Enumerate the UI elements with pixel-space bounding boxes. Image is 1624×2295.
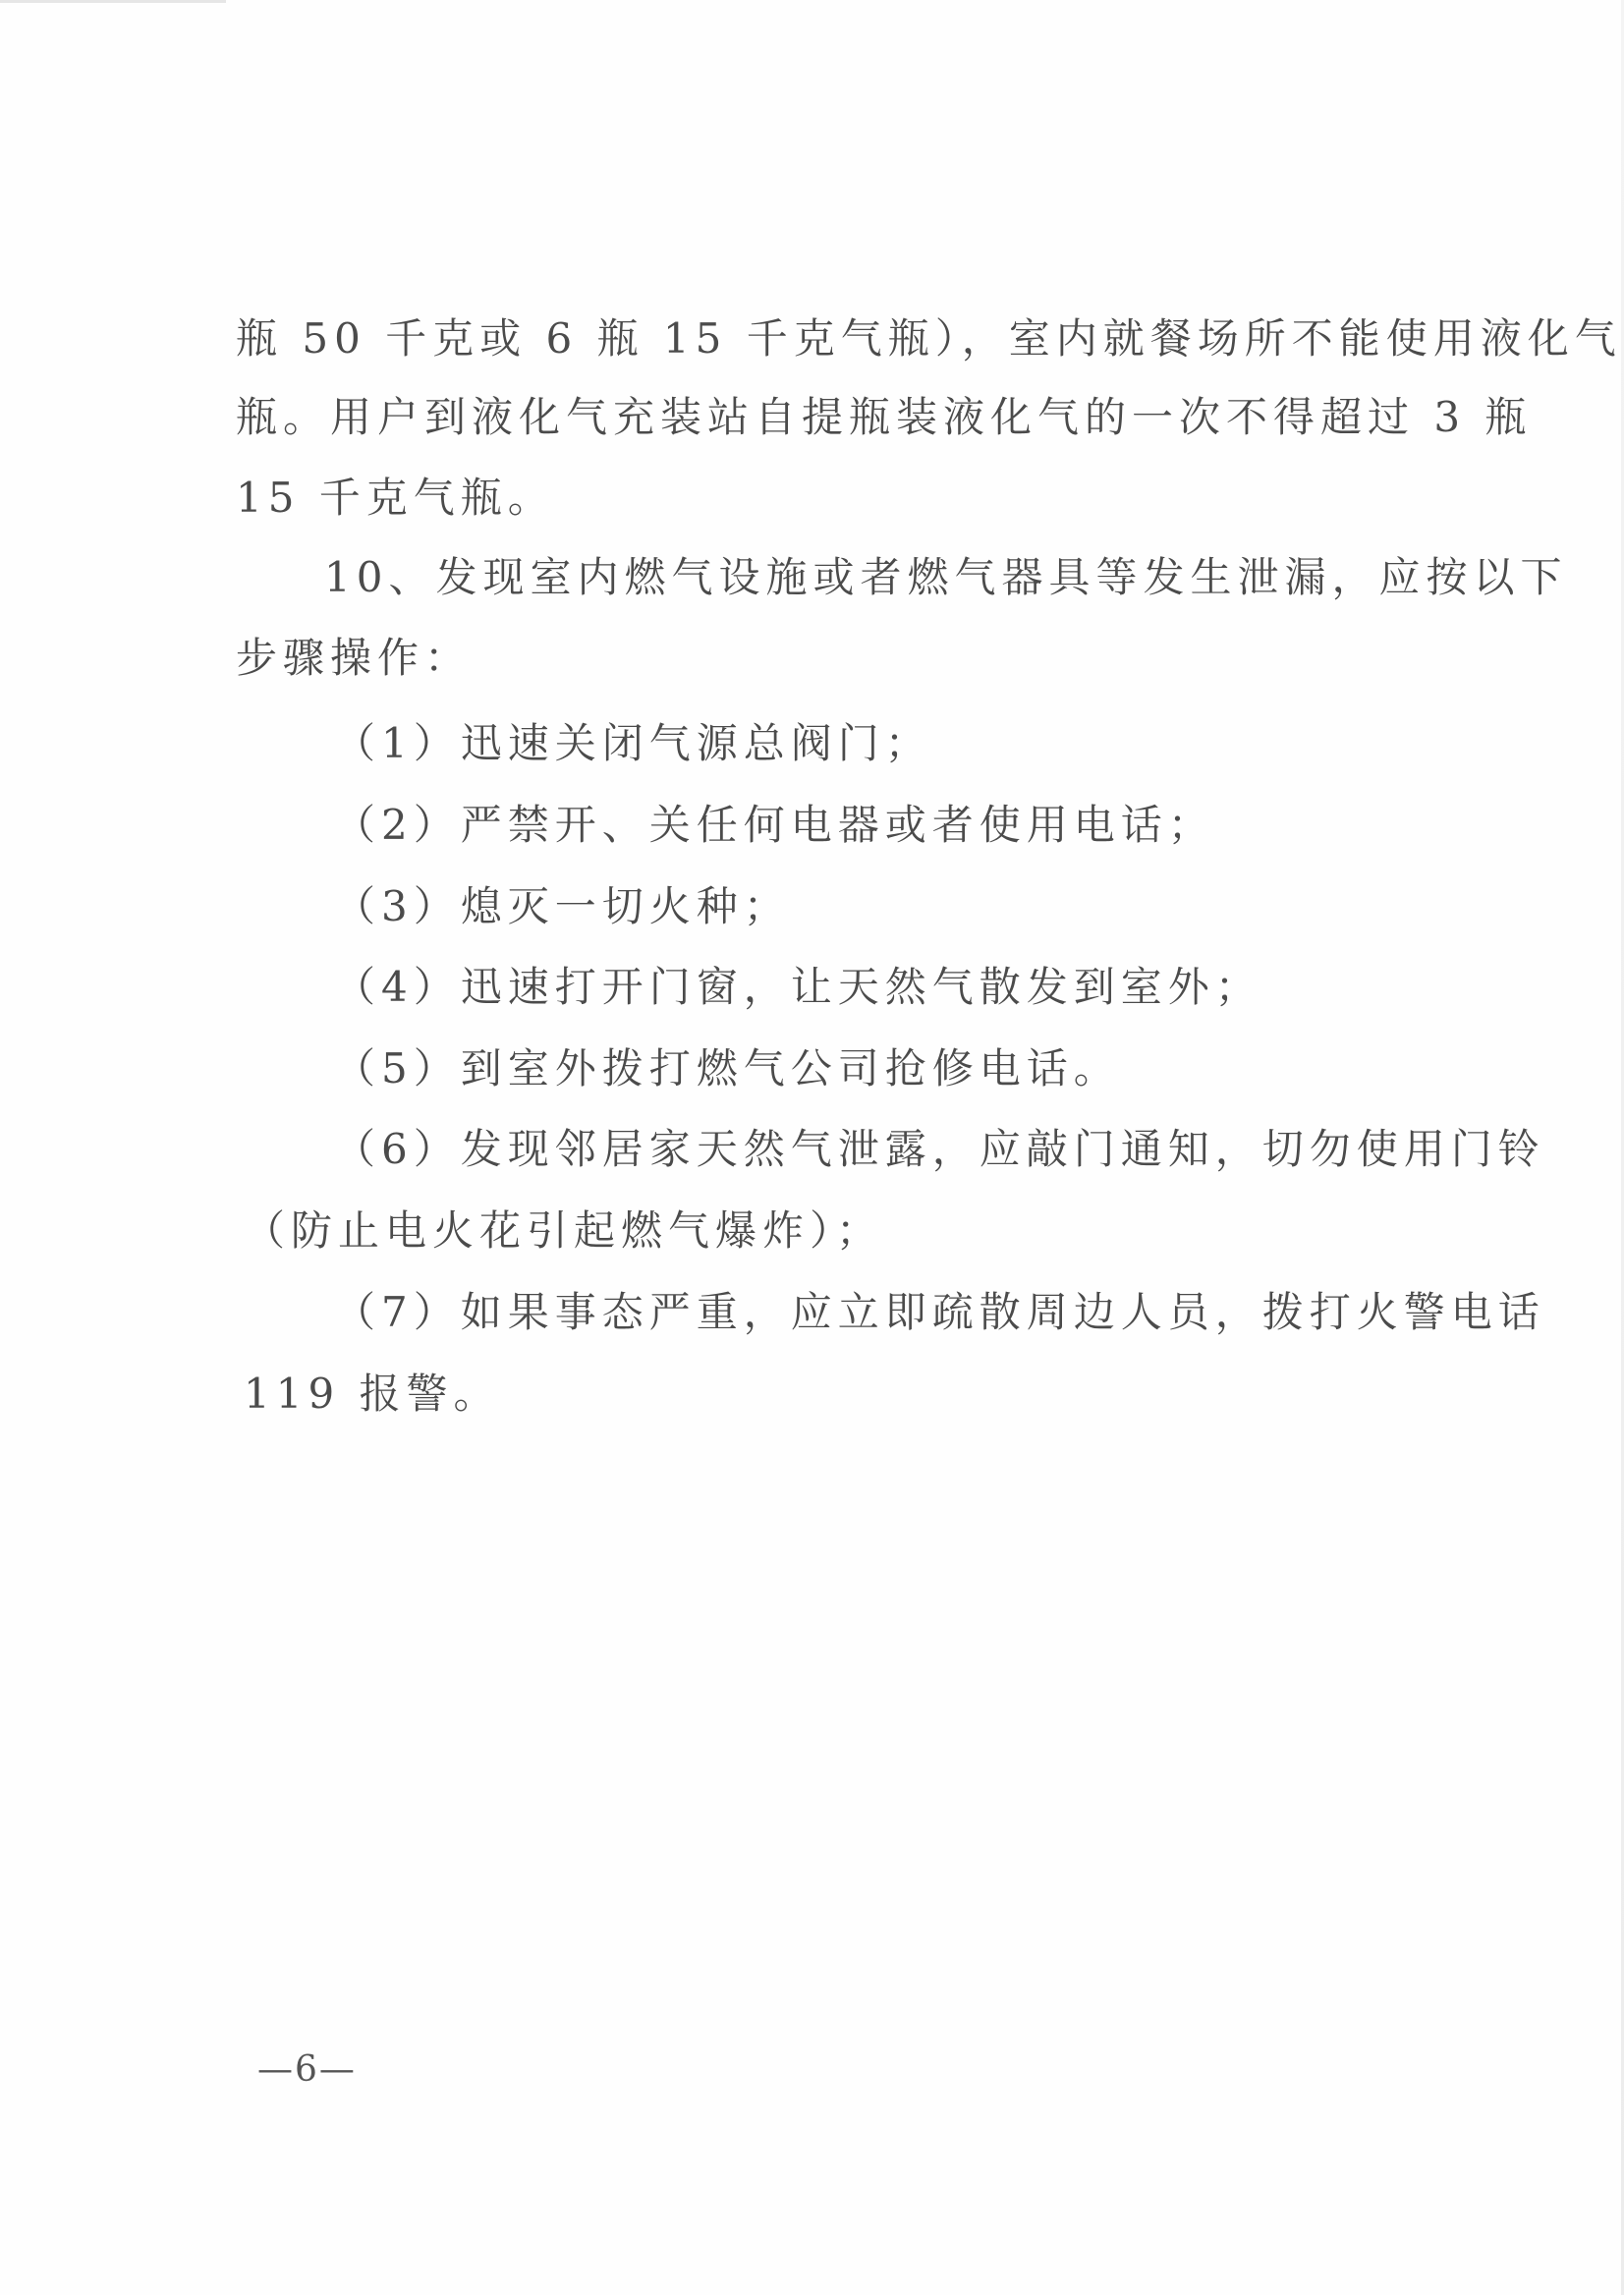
scan-edge bbox=[0, 0, 226, 3]
step-5: （5）到室外拨打燃气公司抢修电话。 bbox=[334, 1039, 1121, 1098]
step-1: （1）迅速关闭气源总阀门； bbox=[334, 714, 932, 773]
step-6: （6）发现邻居家天然气泄露，应敲门通知，切勿使用门铃 bbox=[334, 1120, 1439, 1179]
paragraph-line: 瓶。用户到液化气充装站自提瓶装液化气的一次不得超过 3 瓶 bbox=[236, 388, 1434, 447]
step-2: （2）严禁开、关任何电器或者使用电话； bbox=[334, 796, 1215, 855]
step-6-continued: （防止电火花引起燃气爆炸）； bbox=[244, 1202, 883, 1260]
step-7-continued: 119 报警。 bbox=[244, 1365, 501, 1424]
step-7: （7）如果事态严重，应立即疏散周边人员，拨打火警电话 bbox=[334, 1283, 1439, 1342]
paragraph-line: 15 千克气瓶。 bbox=[236, 469, 555, 528]
document-page: 瓶 50 千克或 6 瓶 15 千克气瓶），室内就餐场所不能使用液化气 瓶。用户… bbox=[0, 0, 1624, 2295]
item-10-line: 步骤操作： bbox=[236, 629, 472, 688]
item-10-line: 10、发现室内燃气设施或者燃气器具等发生泄漏，应按以下 bbox=[324, 548, 1434, 607]
step-3: （3）熄灭一切火种； bbox=[334, 877, 791, 936]
paragraph-line: 瓶 50 千克或 6 瓶 15 千克气瓶），室内就餐场所不能使用液化气 bbox=[236, 309, 1434, 368]
page-number: —6— bbox=[257, 2049, 357, 2090]
step-4: （4）迅速打开门窗，让天然气散发到室外； bbox=[334, 958, 1262, 1017]
